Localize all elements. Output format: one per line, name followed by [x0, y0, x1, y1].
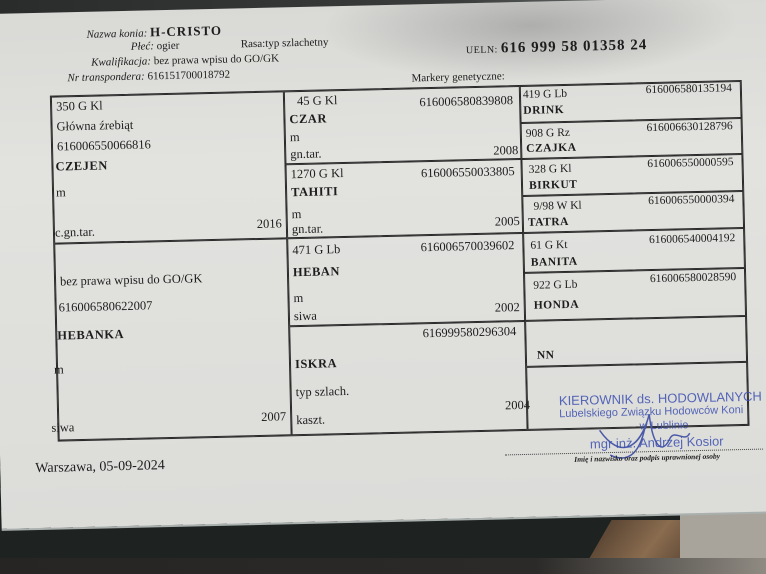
dam-sire-name: HEBAN [293, 264, 340, 280]
sire-dam-sex: m [291, 207, 301, 222]
qualification-row: Kwalifikacja: bez prawa wpisu do GO/GK [91, 52, 279, 68]
transponder-value: 616151700018792 [147, 69, 230, 83]
sire-sire-cell: 45 G Kl 616006580839808 CZAR m gn.tar. 2… [284, 86, 522, 164]
sd-dam-studbook: 9/98 W Kl [533, 200, 581, 213]
sire-dam-coat: gn.tar. [292, 221, 324, 237]
ss-dam-id: 616006630128796 [646, 120, 733, 134]
sd-sire-studbook: 328 G Kl [529, 163, 572, 176]
dam-dam-coat: kaszt. [296, 413, 325, 429]
dd-sire-cell: NN [525, 316, 747, 367]
ss-sire-id: 616006580135194 [646, 82, 733, 96]
dam-sire-id: 616006570039602 [420, 238, 514, 255]
ss-sire-name: DRINK [523, 104, 564, 117]
sire-dam-studbook: 1270 G Kl [291, 166, 344, 182]
place-date: Warszawa, 05-09-2024 [35, 458, 165, 477]
background-fabric [680, 505, 766, 560]
dam-cell: bez prawa wpisu do GO/GK 616006580622007… [54, 238, 291, 440]
sire-dam-name: TAHITI [291, 184, 339, 200]
ueln-label: UELN: [466, 44, 498, 56]
dam-dam-name: ISKRA [295, 356, 337, 372]
sire-sire-studbook: 45 G Kl [297, 93, 338, 109]
sire-name: CZEJEN [55, 158, 108, 174]
transponder-row: Nr transpondera: 616151700018792 [67, 69, 230, 85]
dam-year: 2007 [261, 409, 286, 425]
dam-id: 616006580622007 [59, 298, 153, 315]
dam-name: HEBANKA [57, 327, 124, 344]
sire-id: 616006550066816 [57, 137, 151, 154]
sire-sire-coat: gn.tar. [290, 147, 322, 163]
dd-sire-name: NN [537, 349, 555, 361]
sd-sire-cell: 328 G Kl 616006550000595 BIRKUT [521, 154, 743, 196]
pedigree-table: 350 G Kl Główna źrebiąt 616006550066816 … [50, 80, 750, 442]
ds-sire-studbook: 61 G Kt [530, 239, 567, 252]
breed-value: typ szlachetny [265, 36, 328, 49]
qualification-label: Kwalifikacja: [91, 55, 151, 68]
sire-dam-cell: 1270 G Kl 616006550033805 TAHITI m gn.ta… [285, 159, 523, 238]
sd-dam-id: 616006550000394 [648, 193, 735, 207]
sex-row: Płeć: ogier [131, 40, 180, 53]
pedigree-certificate: Nazwa konia: H-CRISTO Płeć: ogier Rasa:t… [0, 0, 766, 529]
dam-sire-cell: 471 G Lb 616006570039602 HEBAN m siwa 20… [287, 233, 525, 326]
sire-coat: c.gn.tar. [55, 225, 95, 241]
sex-label: Płeć: [131, 40, 154, 53]
sire-sire-id: 616006580839808 [419, 93, 513, 110]
ss-dam-name: CZAJKA [526, 142, 577, 155]
sd-dam-name: TATRA [528, 216, 569, 229]
sire-book-section: Główna źrebiąt [56, 118, 133, 135]
stamp-signatory: mgr inż. Andrzej Kosior [590, 433, 724, 451]
dam-dam-breed: typ szlach. [295, 384, 349, 400]
sire-dam-year: 2005 [495, 214, 520, 230]
dam-qualification: bez prawa wpisu do GO/GK [60, 271, 203, 289]
dam-sire-sex: m [293, 291, 303, 306]
sire-sire-year: 2008 [493, 143, 518, 159]
ueln-value: 616 999 58 01358 24 [501, 37, 648, 56]
sire-cell: 350 G Kl Główna źrebiąt 616006550066816 … [51, 91, 287, 243]
sire-dam-id: 616006550033805 [421, 164, 515, 181]
ss-dam-studbook: 908 G Rz [526, 127, 570, 140]
sire-studbook: 350 G Kl [56, 98, 103, 114]
ds-dam-id: 616006580028590 [650, 271, 737, 285]
dam-sire-year: 2002 [495, 300, 520, 316]
sire-sire-name: CZAR [289, 111, 327, 127]
genetic-markers-label: Markery genetyczne: [411, 70, 504, 84]
qualification-value: bez prawa wpisu do GO/GK [154, 52, 279, 67]
transponder-label: Nr transpondera: [67, 71, 145, 85]
dam-sire-coat: siwa [294, 309, 317, 325]
ss-sire-cell: 419 G Lb 616006580135194 DRINK [520, 81, 742, 123]
ds-dam-name: HONDA [534, 299, 580, 312]
ss-dam-cell: 908 G Rz 616006630128796 CZAJKA [521, 118, 743, 159]
ss-sire-studbook: 419 G Lb [523, 88, 567, 101]
ds-sire-name: BANITA [531, 256, 578, 269]
breed-label: Rasa: [241, 38, 266, 51]
dam-dam-cell: 616999580296304 ISKRA typ szlach. kaszt.… [289, 321, 527, 435]
dam-dam-id: 616999580296304 [422, 324, 516, 341]
horse-name-label: Nazwa konia: [86, 27, 147, 40]
breed-row: Rasa:typ szlachetny [241, 36, 329, 50]
sex-value: ogier [157, 40, 180, 53]
background-bottom [0, 558, 766, 574]
ds-sire-cell: 61 G Kt 616006540004192 BANITA [523, 228, 745, 273]
dam-coat: siwa [51, 420, 74, 436]
ds-dam-cell: 922 G Lb 616006580028590 HONDA [524, 268, 746, 321]
ds-sire-id: 616006540004192 [649, 232, 736, 246]
dam-sex: m [54, 362, 64, 377]
dam-sire-studbook: 471 G Lb [292, 242, 340, 258]
sire-sex: m [56, 185, 66, 200]
sire-year: 2016 [257, 216, 282, 232]
ds-dam-studbook: 922 G Lb [533, 279, 577, 292]
sd-sire-id: 616006550000595 [647, 156, 734, 170]
sire-sire-sex: m [290, 130, 300, 145]
horse-name: H-CRISTO [150, 23, 222, 40]
sd-sire-name: BIRKUT [529, 179, 578, 192]
sd-dam-cell: 9/98 W Kl 616006550000394 TATRA [522, 191, 744, 233]
horse-name-row: Nazwa konia: H-CRISTO [86, 23, 222, 42]
